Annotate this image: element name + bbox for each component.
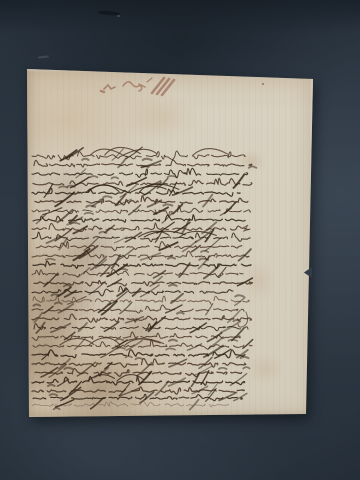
ink-stroke [101,267,110,277]
ink-stroke [187,344,201,350]
ink-stroke [59,304,74,313]
ink-stroke [219,368,227,369]
ink-stroke [61,387,81,400]
ink-stroke [100,232,107,233]
ink-stroke [84,238,98,251]
handwritten-line [32,301,244,315]
ink-stroke [126,356,132,357]
photo-backdrop [0,0,360,480]
ink-stroke [234,393,247,400]
handwritten-line [32,147,245,161]
ink-stroke [32,168,248,178]
ink-stroke [206,304,213,315]
ink-stroke [32,223,249,232]
handwritten-text-block [32,147,256,410]
ink-stroke [232,328,244,340]
ink-stroke [156,381,169,395]
ink-stroke [86,206,95,207]
ink-stroke [143,159,152,160]
ink-stroke [163,204,172,205]
ink-stroke [52,294,60,295]
ink-stroke [142,161,161,168]
ink-stroke [36,214,46,224]
ink-stroke [159,242,177,250]
handwritten-line [35,192,248,206]
ink-stroke [112,177,119,178]
ink-stroke [169,340,177,341]
ink-stroke [75,338,86,350]
ink-stroke [182,219,189,233]
ink-stroke [44,307,53,314]
ink-stroke [233,320,240,321]
ink-stroke [116,339,124,340]
ink-stroke [32,251,249,260]
ink-stroke [82,159,88,160]
ink-stroke [219,393,236,401]
ink-stroke [243,367,249,368]
ink-stroke [136,358,143,359]
ink-stroke [55,303,62,304]
ink-stroke [35,196,248,205]
ink-stroke [166,348,175,349]
ink-stroke [99,303,111,313]
ink-stroke [249,167,256,168]
handwritten-line [33,174,252,188]
ink-stroke [50,394,58,395]
ink-stroke [34,313,42,323]
ink-stroke [120,302,132,313]
handwritten-line [33,210,245,225]
ink-stroke [104,322,119,331]
ink-stroke [103,196,111,197]
ink-stroke [32,401,229,407]
ink-stroke [154,271,166,278]
ink-stroke [78,268,90,277]
ink-stroke [118,159,126,168]
handwritten-line [32,246,251,261]
handwritten-line [36,238,242,252]
ink-stroke [91,398,103,409]
handwritten-line [32,310,252,323]
showthrough-mark [101,78,264,95]
showthrough-dot [262,83,264,85]
ink-stroke [46,259,55,260]
ink-stroke [168,176,177,177]
ink-stroke [101,346,120,357]
handwritten-line [35,362,242,377]
ink-stroke [234,174,245,188]
ink-stroke [34,324,248,331]
ink-stroke [177,312,184,313]
ink-stroke [138,231,169,237]
ink-stroke [90,176,97,177]
ink-stroke [54,408,60,409]
ink-stroke [124,149,158,155]
ink-stroke [89,185,126,192]
ink-stroke [239,249,251,261]
ink-stroke [55,192,74,206]
ink-stroke [91,149,123,155]
ink-stroke [57,379,68,386]
ink-stroke [32,350,245,358]
ink-stroke [60,150,76,161]
ink-stroke [105,147,141,155]
handwritten-line [32,346,248,360]
handwritten-line [32,219,249,233]
ink-stroke [44,273,58,287]
handwritten-line [32,202,251,216]
ink-stroke [64,285,71,286]
ink-stroke [84,213,93,214]
ink-stroke [243,340,253,349]
ink-stroke [48,385,55,386]
ink-stroke [168,257,175,258]
ink-stroke [201,251,208,252]
ink-stroke [241,357,249,358]
ink-stroke [150,277,162,287]
ink-stroke [34,304,41,305]
ink-stroke [71,223,80,224]
ink-stroke [32,205,251,215]
ink-stroke [169,285,177,286]
ink-stroke [149,322,157,332]
ink-stroke [235,295,243,296]
ink-stroke [65,368,73,369]
ink-stroke [193,149,228,155]
ink-stroke [109,292,128,306]
handwritten-line [32,168,248,178]
ink-stroke [36,323,44,334]
